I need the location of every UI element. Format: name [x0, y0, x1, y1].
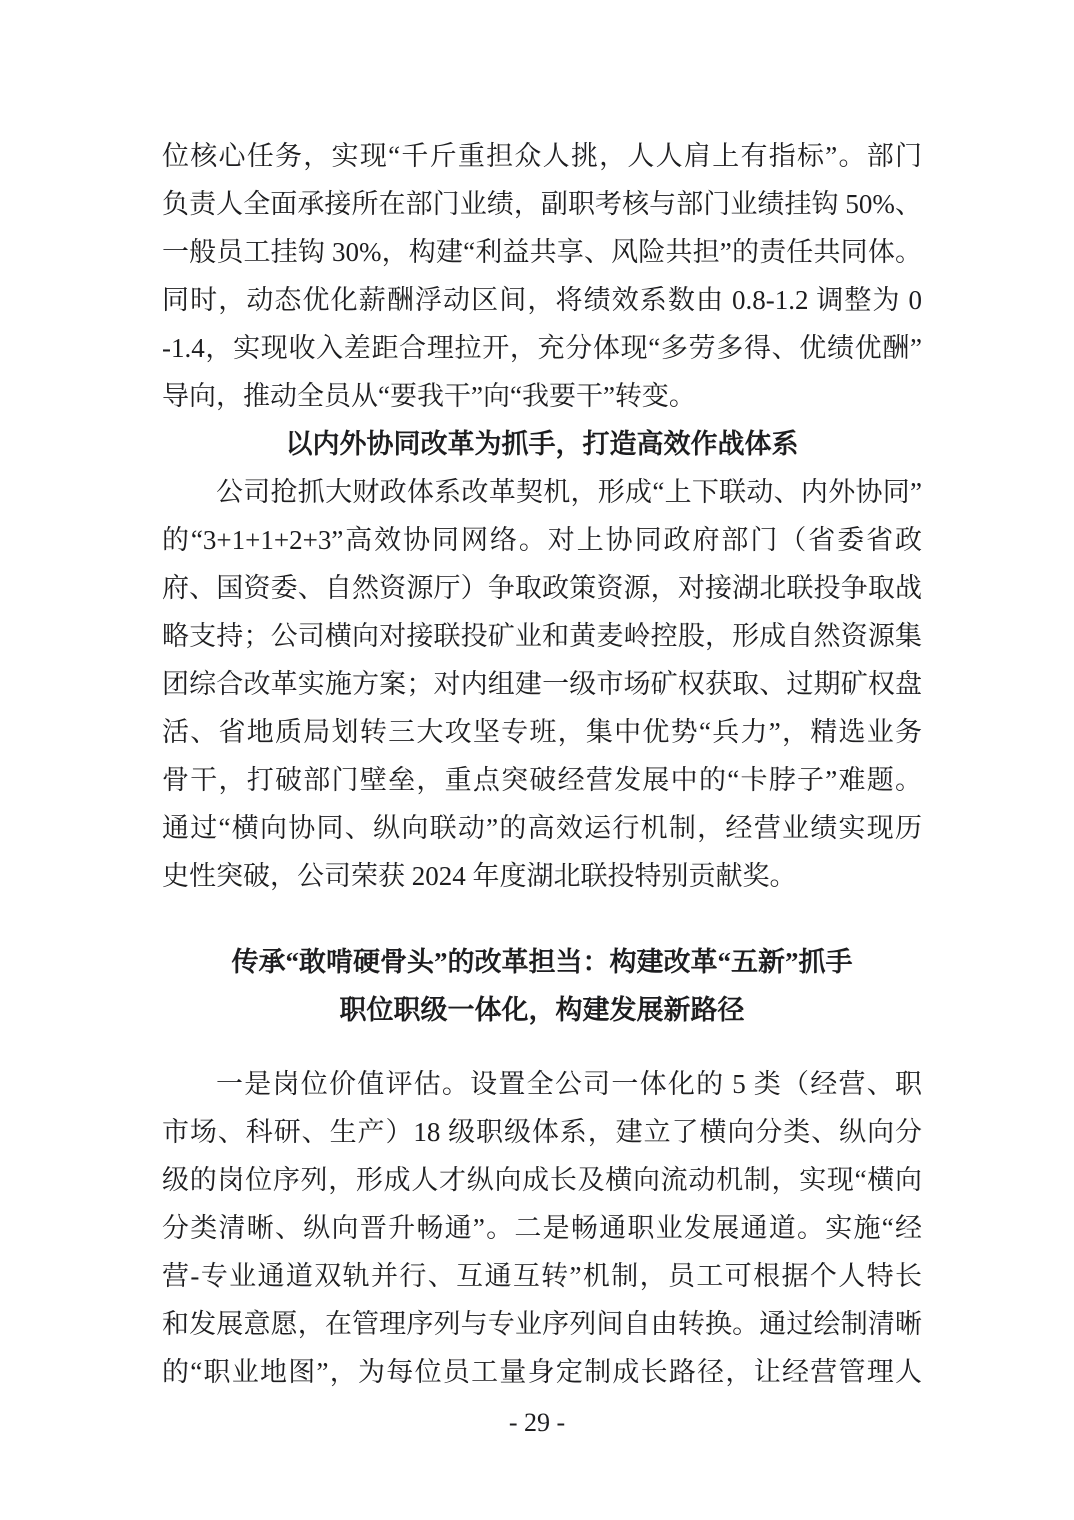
text-line: -1.4，实现收入差距合理拉开，充分体现“多劳多得、优绩优酬” — [162, 324, 922, 372]
section-heading-line: 职位职级一体化，构建发展新路径 — [162, 986, 922, 1034]
text-line: 骨干，打破部门壁垒，重点突破经营发展中的“卡脖子”难题。 — [162, 756, 922, 804]
paragraph-position-grade-system: 一是岗位价值评估。设置全公司一体化的 5 类（经营、职能、 市场、科研、生产）1… — [162, 1060, 922, 1396]
document-body: 位核心任务，实现“千斤重担众人挑，人人肩上有指标”。部门 负责人全面承接所在部门… — [162, 132, 922, 1396]
text-line: 位核心任务，实现“千斤重担众人挑，人人肩上有指标”。部门 — [162, 132, 922, 180]
text-line: 的“职业地图”，为每位员工量身定制成长路径，让经营管理人 — [162, 1348, 922, 1396]
section-heading-line: 传承“敢啃硬骨头”的改革担当：构建改革“五新”抓手 — [162, 938, 922, 986]
text-line: 一是岗位价值评估。设置全公司一体化的 5 类（经营、职能、 — [162, 1060, 922, 1108]
text-line: 营-专业通道双轨并行、互通互转”机制，员工可根据个人特长 — [162, 1252, 922, 1300]
text-line: 公司抢抓大财政体系改革契机，形成“上下联动、内外协同” — [162, 468, 922, 516]
text-line: 通过“横向协同、纵向联动”的高效运行机制，经营业绩实现历 — [162, 804, 922, 852]
text-line: 略支持；公司横向对接联投矿业和黄麦岭控股，形成自然资源集 — [162, 612, 922, 660]
paragraph-performance-linkage: 位核心任务，实现“千斤重担众人挑，人人肩上有指标”。部门 负责人全面承接所在部门… — [162, 132, 922, 420]
text-line: 分类清晰、纵向晋升畅通”。二是畅通职业发展通道。实施“经 — [162, 1204, 922, 1252]
text-line: 活、省地质局划转三大攻坚专班，集中优势“兵力”，精选业务 — [162, 708, 922, 756]
text-line: 府、国资委、自然资源厅）争取政策资源，对接湖北联投争取战 — [162, 564, 922, 612]
subsection-heading-collaboration: 以内外协同改革为抓手，打造高效作战体系 — [162, 420, 922, 468]
text-line: 和发展意愿，在管理序列与专业序列间自由转换。通过绘制清晰 — [162, 1300, 922, 1348]
text-line: 同时，动态优化薪酬浮动区间，将绩效系数由 0.8-1.2 调整为 0 — [162, 276, 922, 324]
text-line: 一般员工挂钩 30%，构建“利益共享、风险共担”的责任共同体。 — [162, 228, 922, 276]
text-line: 史性突破，公司荣获 2024 年度湖北联投特别贡献奖。 — [162, 852, 922, 900]
text-line: 团综合改革实施方案；对内组建一级市场矿权获取、过期矿权盘 — [162, 660, 922, 708]
document-page: 位核心任务，实现“千斤重担众人挑，人人肩上有指标”。部门 负责人全面承接所在部门… — [0, 0, 1074, 1520]
text-line: 的“3+1+1+2+3”高效协同网络。对上协同政府部门（省委省政 — [162, 516, 922, 564]
text-line: 负责人全面承接所在部门业绩，副职考核与部门业绩挂钩 50%、 — [162, 180, 922, 228]
section-heading-reform: 传承“敢啃硬骨头”的改革担当：构建改革“五新”抓手 职位职级一体化，构建发展新路… — [162, 938, 922, 1034]
paragraph-collaboration-network: 公司抢抓大财政体系改革契机，形成“上下联动、内外协同” 的“3+1+1+2+3”… — [162, 468, 922, 900]
text-line: 级的岗位序列，形成人才纵向成长及横向流动机制，实现“横向 — [162, 1156, 922, 1204]
page-number: - 29 - — [0, 1406, 1074, 1440]
text-line: 市场、科研、生产）18 级职级体系，建立了横向分类、纵向分 — [162, 1108, 922, 1156]
text-line: 导向，推动全员从“要我干”向“我要干”转变。 — [162, 372, 922, 420]
